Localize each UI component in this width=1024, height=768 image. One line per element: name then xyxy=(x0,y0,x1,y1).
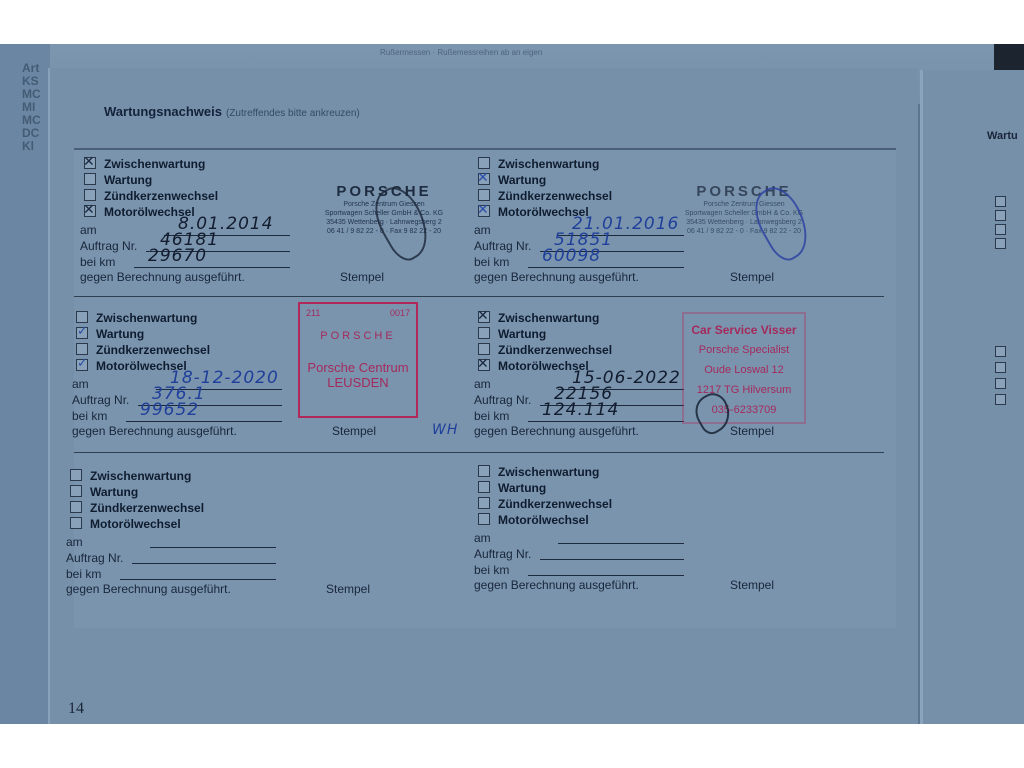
checkbox[interactable] xyxy=(70,469,82,481)
handwritten-initials: WH xyxy=(432,422,458,438)
checkbox xyxy=(995,210,1006,221)
checkbox xyxy=(995,378,1006,389)
field-label: Auftrag Nr. xyxy=(474,393,531,407)
checkbox-row[interactable]: Zündkerzenwechsel xyxy=(478,342,612,358)
checkbox[interactable] xyxy=(478,189,490,201)
checkbox-row[interactable]: Zündkerzenwechsel xyxy=(84,188,218,204)
checkbox xyxy=(995,196,1006,207)
checkbox-label: Zwischenwartung xyxy=(498,311,599,325)
field-label: am xyxy=(72,377,89,391)
checkbox-label: Motorölwechsel xyxy=(498,513,589,527)
checkbox-label: Motorölwechsel xyxy=(90,517,181,531)
checkbox xyxy=(995,394,1006,405)
porsche-logo: PORSCHE xyxy=(664,184,824,200)
checkbox-row[interactable]: Zwischenwartung xyxy=(84,156,205,172)
checkbox-row[interactable]: Wartung xyxy=(70,484,138,500)
handwritten-km: 60098 xyxy=(542,248,601,264)
field-order-no: Auftrag Nr. xyxy=(66,550,123,566)
maintenance-form: ZwischenwartungWartungZündkerzenwechselM… xyxy=(74,148,896,628)
field-underline xyxy=(132,550,276,564)
footer-text: gegen Berechnung ausgeführt. xyxy=(474,578,639,592)
checkbox-row[interactable]: Zündkerzenwechsel xyxy=(478,188,612,204)
checkbox-row[interactable]: Zündkerzenwechsel xyxy=(70,500,204,516)
field-date: am21.01.2016 xyxy=(474,222,491,238)
field-label: Auftrag Nr. xyxy=(72,393,129,407)
next-page-title: Wartu xyxy=(987,130,1018,142)
footer-text: gegen Berechnung ausgeführt. xyxy=(72,424,237,438)
checkbox-label: Zwischenwartung xyxy=(498,157,599,171)
checkbox[interactable] xyxy=(478,497,490,509)
checkbox[interactable] xyxy=(478,343,490,355)
background-left-page: Art KS MC MI MC DC Kl xyxy=(0,44,50,724)
checkbox-label: Zündkerzenwechsel xyxy=(96,343,210,357)
field-km: bei km xyxy=(474,562,509,578)
checkbox-label: Zündkerzenwechsel xyxy=(498,189,612,203)
field-date: am xyxy=(66,534,83,550)
checkbox-label: Zündkerzenwechsel xyxy=(498,497,612,511)
porsche-logo: PORSCHE xyxy=(300,330,416,342)
stamp-codes: 2110017 xyxy=(300,304,416,318)
next-page-edge: Wartu xyxy=(920,70,1024,724)
field-km: bei km124.114 xyxy=(474,408,509,424)
page-title: Wartungsnachweis(Zutreffendes bitte ankr… xyxy=(104,104,360,119)
field-order-no: Auftrag Nr. xyxy=(474,546,531,562)
field-km: bei km xyxy=(66,566,101,582)
field-label: bei km xyxy=(474,255,509,269)
field-label: am xyxy=(474,223,491,237)
stempel-label: Stempel xyxy=(730,270,774,284)
service-entry: ZwischenwartungWartungZündkerzenwechselM… xyxy=(80,156,480,306)
checkbox[interactable] xyxy=(478,311,490,323)
checkbox[interactable] xyxy=(70,501,82,513)
field-label: bei km xyxy=(66,567,101,581)
field-label: Auftrag Nr. xyxy=(474,239,531,253)
field-label: am xyxy=(474,377,491,391)
field-date: am18-12-2020 xyxy=(72,376,89,392)
stamp-line: Porsche Specialist xyxy=(684,340,804,360)
checkbox[interactable] xyxy=(76,359,88,371)
checkbox-row[interactable]: Motorölwechsel xyxy=(70,516,181,532)
stempel-label: Stempel xyxy=(730,578,774,592)
photo-background: Rußermessen · Rußemessreihen ab an eigen… xyxy=(0,44,1024,724)
stamp-line: Porsche Zentrum Giessen xyxy=(664,200,824,209)
checkbox[interactable] xyxy=(478,513,490,525)
checkbox[interactable] xyxy=(478,327,490,339)
checkbox[interactable] xyxy=(84,173,96,185)
checkbox-label: Wartung xyxy=(498,173,546,187)
checkbox-row[interactable]: Wartung xyxy=(76,326,144,342)
stamp-code-left: 211 xyxy=(306,308,320,318)
checkbox-row[interactable]: Zündkerzenwechsel xyxy=(478,496,612,512)
checkbox xyxy=(995,346,1006,357)
field-label: bei km xyxy=(80,255,115,269)
checkbox-row[interactable]: Zwischenwartung xyxy=(478,464,599,480)
stamp-line: LEUSDEN xyxy=(300,375,416,390)
field-date: am8.01.2014 xyxy=(80,222,97,238)
field-date: am xyxy=(474,530,491,546)
checkbox-label: Zwischenwartung xyxy=(104,157,205,171)
checkbox[interactable] xyxy=(478,359,490,371)
field-label: Auftrag Nr. xyxy=(66,551,123,565)
checkbox[interactable] xyxy=(478,157,490,169)
field-label: am xyxy=(66,535,83,549)
field-km: bei km99652 xyxy=(72,408,107,424)
page-number: 14 xyxy=(68,700,84,718)
footer-text: gegen Berechnung ausgeführt. xyxy=(66,582,231,596)
field-label: Auftrag Nr. xyxy=(474,547,531,561)
title-text: Wartungsnachweis xyxy=(104,104,222,119)
field-label: bei km xyxy=(72,409,107,423)
checkbox xyxy=(995,224,1006,235)
checkbox[interactable] xyxy=(84,157,96,169)
checkbox-label: Zwischenwartung xyxy=(498,465,599,479)
field-order-no: Auftrag Nr.376.1 xyxy=(72,392,129,408)
field-label: bei km xyxy=(474,563,509,577)
handwritten-km: 29670 xyxy=(148,248,207,264)
checkbox-label: Zündkerzenwechsel xyxy=(498,343,612,357)
field-km: bei km29670 xyxy=(80,254,115,270)
checkbox-label: Wartung xyxy=(498,481,546,495)
field-underline xyxy=(150,534,276,548)
field-order-no: Auftrag Nr.22156 xyxy=(474,392,531,408)
checkbox-label: Zündkerzenwechsel xyxy=(104,189,218,203)
field-date: am15-06-2022 xyxy=(474,376,491,392)
checkbox[interactable] xyxy=(70,485,82,497)
field-label: am xyxy=(474,531,491,545)
checkbox-row[interactable]: Zwischenwartung xyxy=(70,468,191,484)
checkbox-row[interactable]: Zwischenwartung xyxy=(478,310,599,326)
checkbox-row[interactable]: Zündkerzenwechsel xyxy=(76,342,210,358)
checkbox[interactable] xyxy=(76,343,88,355)
checkbox-label: Zwischenwartung xyxy=(90,469,191,483)
checkbox[interactable] xyxy=(70,517,82,529)
footer-text: gegen Berechnung ausgeführt. xyxy=(474,270,639,284)
service-booklet-page: Wartungsnachweis(Zutreffendes bitte ankr… xyxy=(48,68,918,724)
field-label: Auftrag Nr. xyxy=(80,239,137,253)
checkbox-row[interactable]: Wartung xyxy=(478,480,546,496)
checkbox[interactable] xyxy=(478,465,490,477)
checkbox-row[interactable]: Wartung xyxy=(84,172,152,188)
checkbox xyxy=(995,362,1006,373)
stamp-name: Car Service Visser xyxy=(684,320,804,340)
checkbox-label: Wartung xyxy=(104,173,152,187)
checkbox-row[interactable]: Wartung xyxy=(478,326,546,342)
checkbox-row[interactable]: Zwischenwartung xyxy=(478,156,599,172)
stempel-label: Stempel xyxy=(340,270,384,284)
field-label: bei km xyxy=(474,409,509,423)
checkbox[interactable] xyxy=(76,327,88,339)
stempel-label: Stempel xyxy=(326,582,370,596)
checkbox-label: Wartung xyxy=(96,327,144,341)
checkbox[interactable] xyxy=(84,205,96,217)
dealer-stamp: 2110017PORSCHEPorsche CentrumLEUSDEN xyxy=(298,302,418,418)
service-entry: ZwischenwartungWartungZündkerzenwechselM… xyxy=(474,310,874,460)
stempel-label: Stempel xyxy=(332,424,376,438)
background-text: Rußermessen · Rußemessreihen ab an eigen xyxy=(380,48,542,57)
stamp-line: Oude Loswal 12 xyxy=(684,360,804,380)
checkbox-label: Wartung xyxy=(498,327,546,341)
checkbox-label: Zündkerzenwechsel xyxy=(90,501,204,515)
footer-text: gegen Berechnung ausgeführt. xyxy=(474,424,639,438)
service-entry: ZwischenwartungWartungZündkerzenwechselM… xyxy=(66,468,466,618)
field-km: bei km60098 xyxy=(474,254,509,270)
checkbox-row[interactable]: Motorölwechsel xyxy=(478,512,589,528)
service-entry: ZwischenwartungWartungZündkerzenwechselM… xyxy=(474,156,874,306)
field-underline xyxy=(540,546,684,560)
checkbox-row[interactable]: Wartung xyxy=(478,172,546,188)
field-underline xyxy=(558,530,684,544)
field-order-no: Auftrag Nr.46181 xyxy=(80,238,137,254)
stamp-line: Porsche Centrum xyxy=(300,360,416,375)
checkbox[interactable] xyxy=(84,189,96,201)
field-underline xyxy=(120,566,276,580)
checkbox-label: Zwischenwartung xyxy=(96,311,197,325)
handwritten-km: 99652 xyxy=(140,402,199,418)
field-label: am xyxy=(80,223,97,237)
checkbox-label: Wartung xyxy=(90,485,138,499)
service-entry: ZwischenwartungWartungZündkerzenwechselM… xyxy=(474,464,874,614)
background-left-text: Art KS MC MI MC DC Kl xyxy=(22,62,41,153)
field-order-no: Auftrag Nr.51851 xyxy=(474,238,531,254)
footer-text: gegen Berechnung ausgeführt. xyxy=(80,270,245,284)
stempel-label: Stempel xyxy=(730,424,774,438)
checkbox-row[interactable]: Zwischenwartung xyxy=(76,310,197,326)
service-entry: ZwischenwartungWartungZündkerzenwechselM… xyxy=(72,310,472,460)
handwritten-km: 124.114 xyxy=(542,402,619,418)
checkbox[interactable] xyxy=(76,311,88,323)
field-underline xyxy=(528,562,684,576)
checkbox[interactable] xyxy=(478,173,490,185)
checkbox[interactable] xyxy=(478,205,490,217)
subtitle-text: (Zutreffendes bitte ankreuzen) xyxy=(226,108,360,119)
stamp-code-right: 0017 xyxy=(390,308,410,318)
checkbox xyxy=(995,238,1006,249)
checkbox[interactable] xyxy=(478,481,490,493)
